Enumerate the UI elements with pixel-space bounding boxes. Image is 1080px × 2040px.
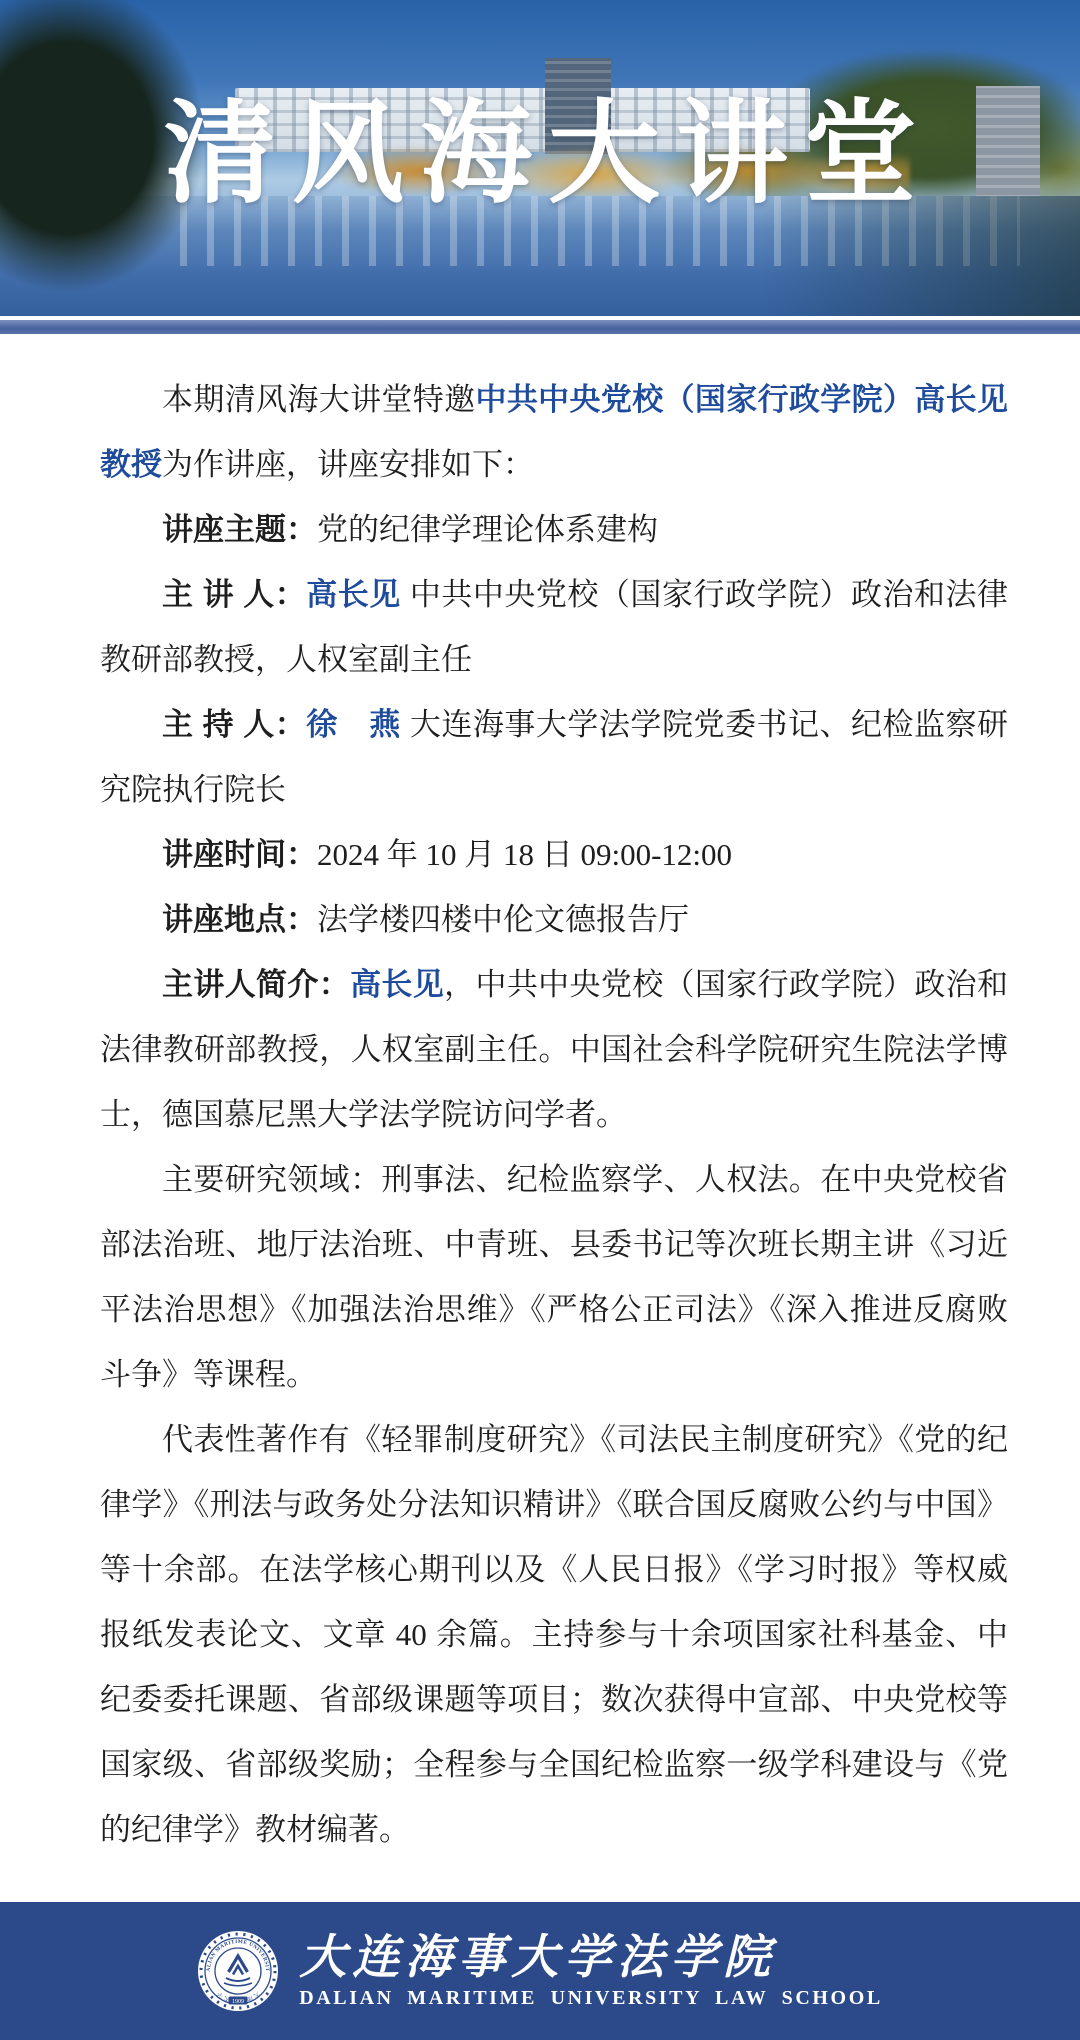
university-logo: DALIAN MARITIME UNIVERSITY 大连海事大学 1909 xyxy=(197,1930,279,2012)
divider-bar xyxy=(0,320,1080,334)
text-segment: 徐 燕 xyxy=(306,707,401,742)
paragraph-6: 讲座地点：法学楼四楼中伦文德报告厅 xyxy=(100,887,1008,952)
text-segment: 讲座主题： xyxy=(162,512,317,547)
university-name-cn: 大连海事大学法学院 xyxy=(299,1932,776,1984)
text-segment: 本期清风海大讲堂特邀 xyxy=(162,382,475,417)
paragraph-1: 本期清风海大讲堂特邀中共中央党校（国家行政学院）高长见教授为作讲座，讲座安排如下… xyxy=(100,367,1008,497)
university-name-en: DALIAN MARITIME UNIVERSITY LAW SCHOOL xyxy=(299,1987,883,2010)
footer-bar: DALIAN MARITIME UNIVERSITY 大连海事大学 1909 大… xyxy=(0,1902,1080,2040)
text-segment: 讲座地点： xyxy=(162,902,317,937)
text-segment: 2024 年 10 月 18 日 09:00-12:00 xyxy=(317,837,732,872)
text-segment: 党的纪律学理论体系建构 xyxy=(317,512,658,547)
paragraph-9: 代表性著作有《轻罪制度研究》《司法民主制度研究》《党的纪律学》《刑法与政务处分法… xyxy=(100,1407,1008,1862)
text-segment: 为作讲座，讲座安排如下： xyxy=(162,447,534,482)
text-segment: 高长见 xyxy=(350,967,444,1002)
text-segment: 主 讲 人： xyxy=(162,577,306,612)
header-photo: 清风海大讲堂 xyxy=(0,0,1080,316)
text-segment: 40 xyxy=(396,1617,427,1652)
text-segment: 讲座时间： xyxy=(162,837,317,872)
university-names: 大连海事大学法学院 DALIAN MARITIME UNIVERSITY LAW… xyxy=(299,1932,883,2011)
text-segment: 法学楼四楼中伦文德报告厅 xyxy=(317,902,689,937)
text-segment: 主要研究领域：刑事法、纪检监察学、人权法。在中央党校省部法治班、地厅法治班、中青… xyxy=(100,1162,1008,1392)
paragraph-2: 讲座主题：党的纪律学理论体系建构 xyxy=(100,497,1008,562)
university-seal-icon: DALIAN MARITIME UNIVERSITY 大连海事大学 1909 xyxy=(197,1930,279,2012)
paragraph-8: 主要研究领域：刑事法、纪检监察学、人权法。在中央党校省部法治班、地厅法治班、中青… xyxy=(100,1147,1008,1407)
paragraph-7: 主讲人简介：高长见，中共中央党校（国家行政学院）政治和法律教研部教授，人权室副主… xyxy=(100,952,1008,1147)
paragraph-3: 主 讲 人：高长见 中共中央党校（国家行政学院）政治和法律教研部教授，人权室副主… xyxy=(100,562,1008,692)
seal-founding-year: 1909 xyxy=(232,1999,244,2005)
paragraph-5: 讲座时间：2024 年 10 月 18 日 09:00-12:00 xyxy=(100,822,1008,887)
text-segment: 主讲人简介： xyxy=(162,967,350,1002)
text-segment: 主 持 人： xyxy=(162,707,306,742)
text-segment: 高长见 xyxy=(306,577,401,612)
page: 清风海大讲堂 本期清风海大讲堂特邀中共中央党校（国家行政学院）高长见教授为作讲座… xyxy=(0,0,1080,2040)
lecture-body: 本期清风海大讲堂特邀中共中央党校（国家行政学院）高长见教授为作讲座，讲座安排如下… xyxy=(0,334,1080,1862)
lecture-series-title: 清风海大讲堂 xyxy=(0,92,1080,215)
paragraph-4: 主 持 人：徐 燕 大连海事大学法学院党委书记、纪检监察研究院执行院长 xyxy=(100,692,1008,822)
